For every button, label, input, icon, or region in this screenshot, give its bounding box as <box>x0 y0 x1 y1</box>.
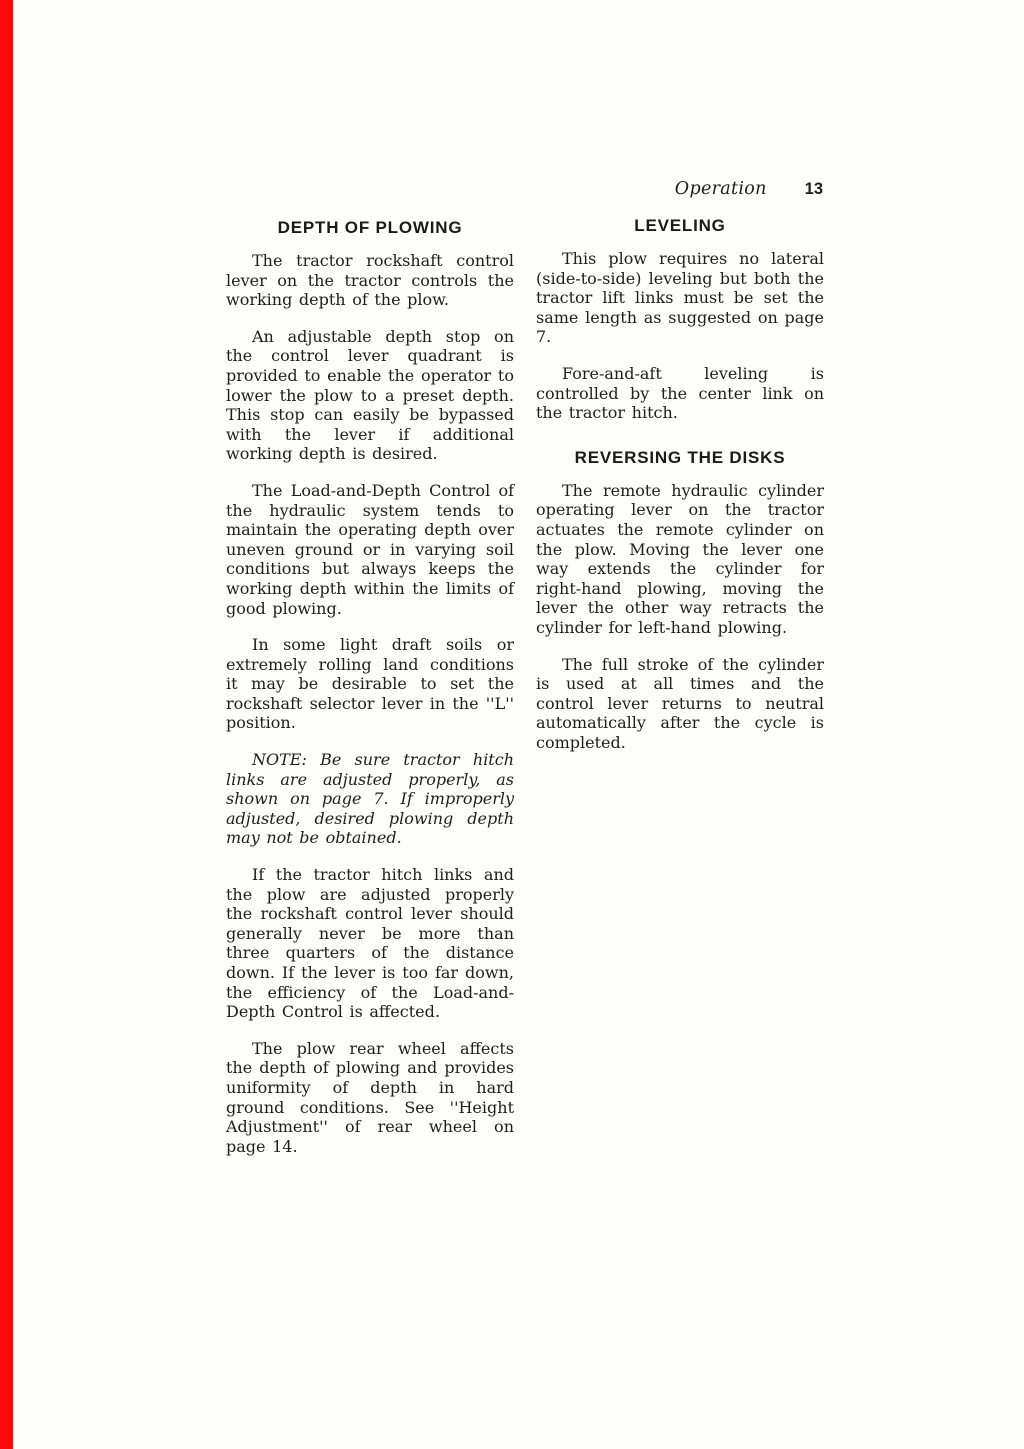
paragraph: This plow requires no lateral (side-to-s… <box>536 249 824 347</box>
paragraph: Fore-and-aft leveling is controlled by t… <box>536 364 824 423</box>
paragraph: The remote hydraulic cylinder operating … <box>536 481 824 638</box>
right-column: LEVELING This plow requires no lateral (… <box>536 216 824 752</box>
paragraph: The full stroke of the cylinder is used … <box>536 655 824 753</box>
running-header: Operation 13 <box>535 179 823 199</box>
section-heading-depth-of-plowing: DEPTH OF PLOWING <box>226 218 514 238</box>
paragraph: The Load-and-Depth Control of the hydrau… <box>226 481 514 618</box>
scan-edge-red-strip <box>0 0 13 1449</box>
page-number: 13 <box>805 180 823 199</box>
paragraph: In some light draft soils or extremely r… <box>226 635 514 733</box>
manual-page: Operation 13 DEPTH OF PLOWING The tracto… <box>0 0 1024 1449</box>
running-header-title: Operation <box>675 179 767 199</box>
left-column: DEPTH OF PLOWING The tractor rockshaft c… <box>226 218 514 1156</box>
section-heading-reversing-the-disks: REVERSING THE DISKS <box>536 448 824 468</box>
paragraph: An adjustable depth stop on the control … <box>226 327 514 464</box>
paragraph: The tractor rockshaft control lever on t… <box>226 251 514 310</box>
section-heading-leveling: LEVELING <box>536 216 824 236</box>
note-paragraph: NOTE: Be sure tractor hitch links are ad… <box>226 750 514 848</box>
paragraph: The plow rear wheel affects the depth of… <box>226 1039 514 1157</box>
paragraph: If the tractor hitch links and the plow … <box>226 865 514 1022</box>
